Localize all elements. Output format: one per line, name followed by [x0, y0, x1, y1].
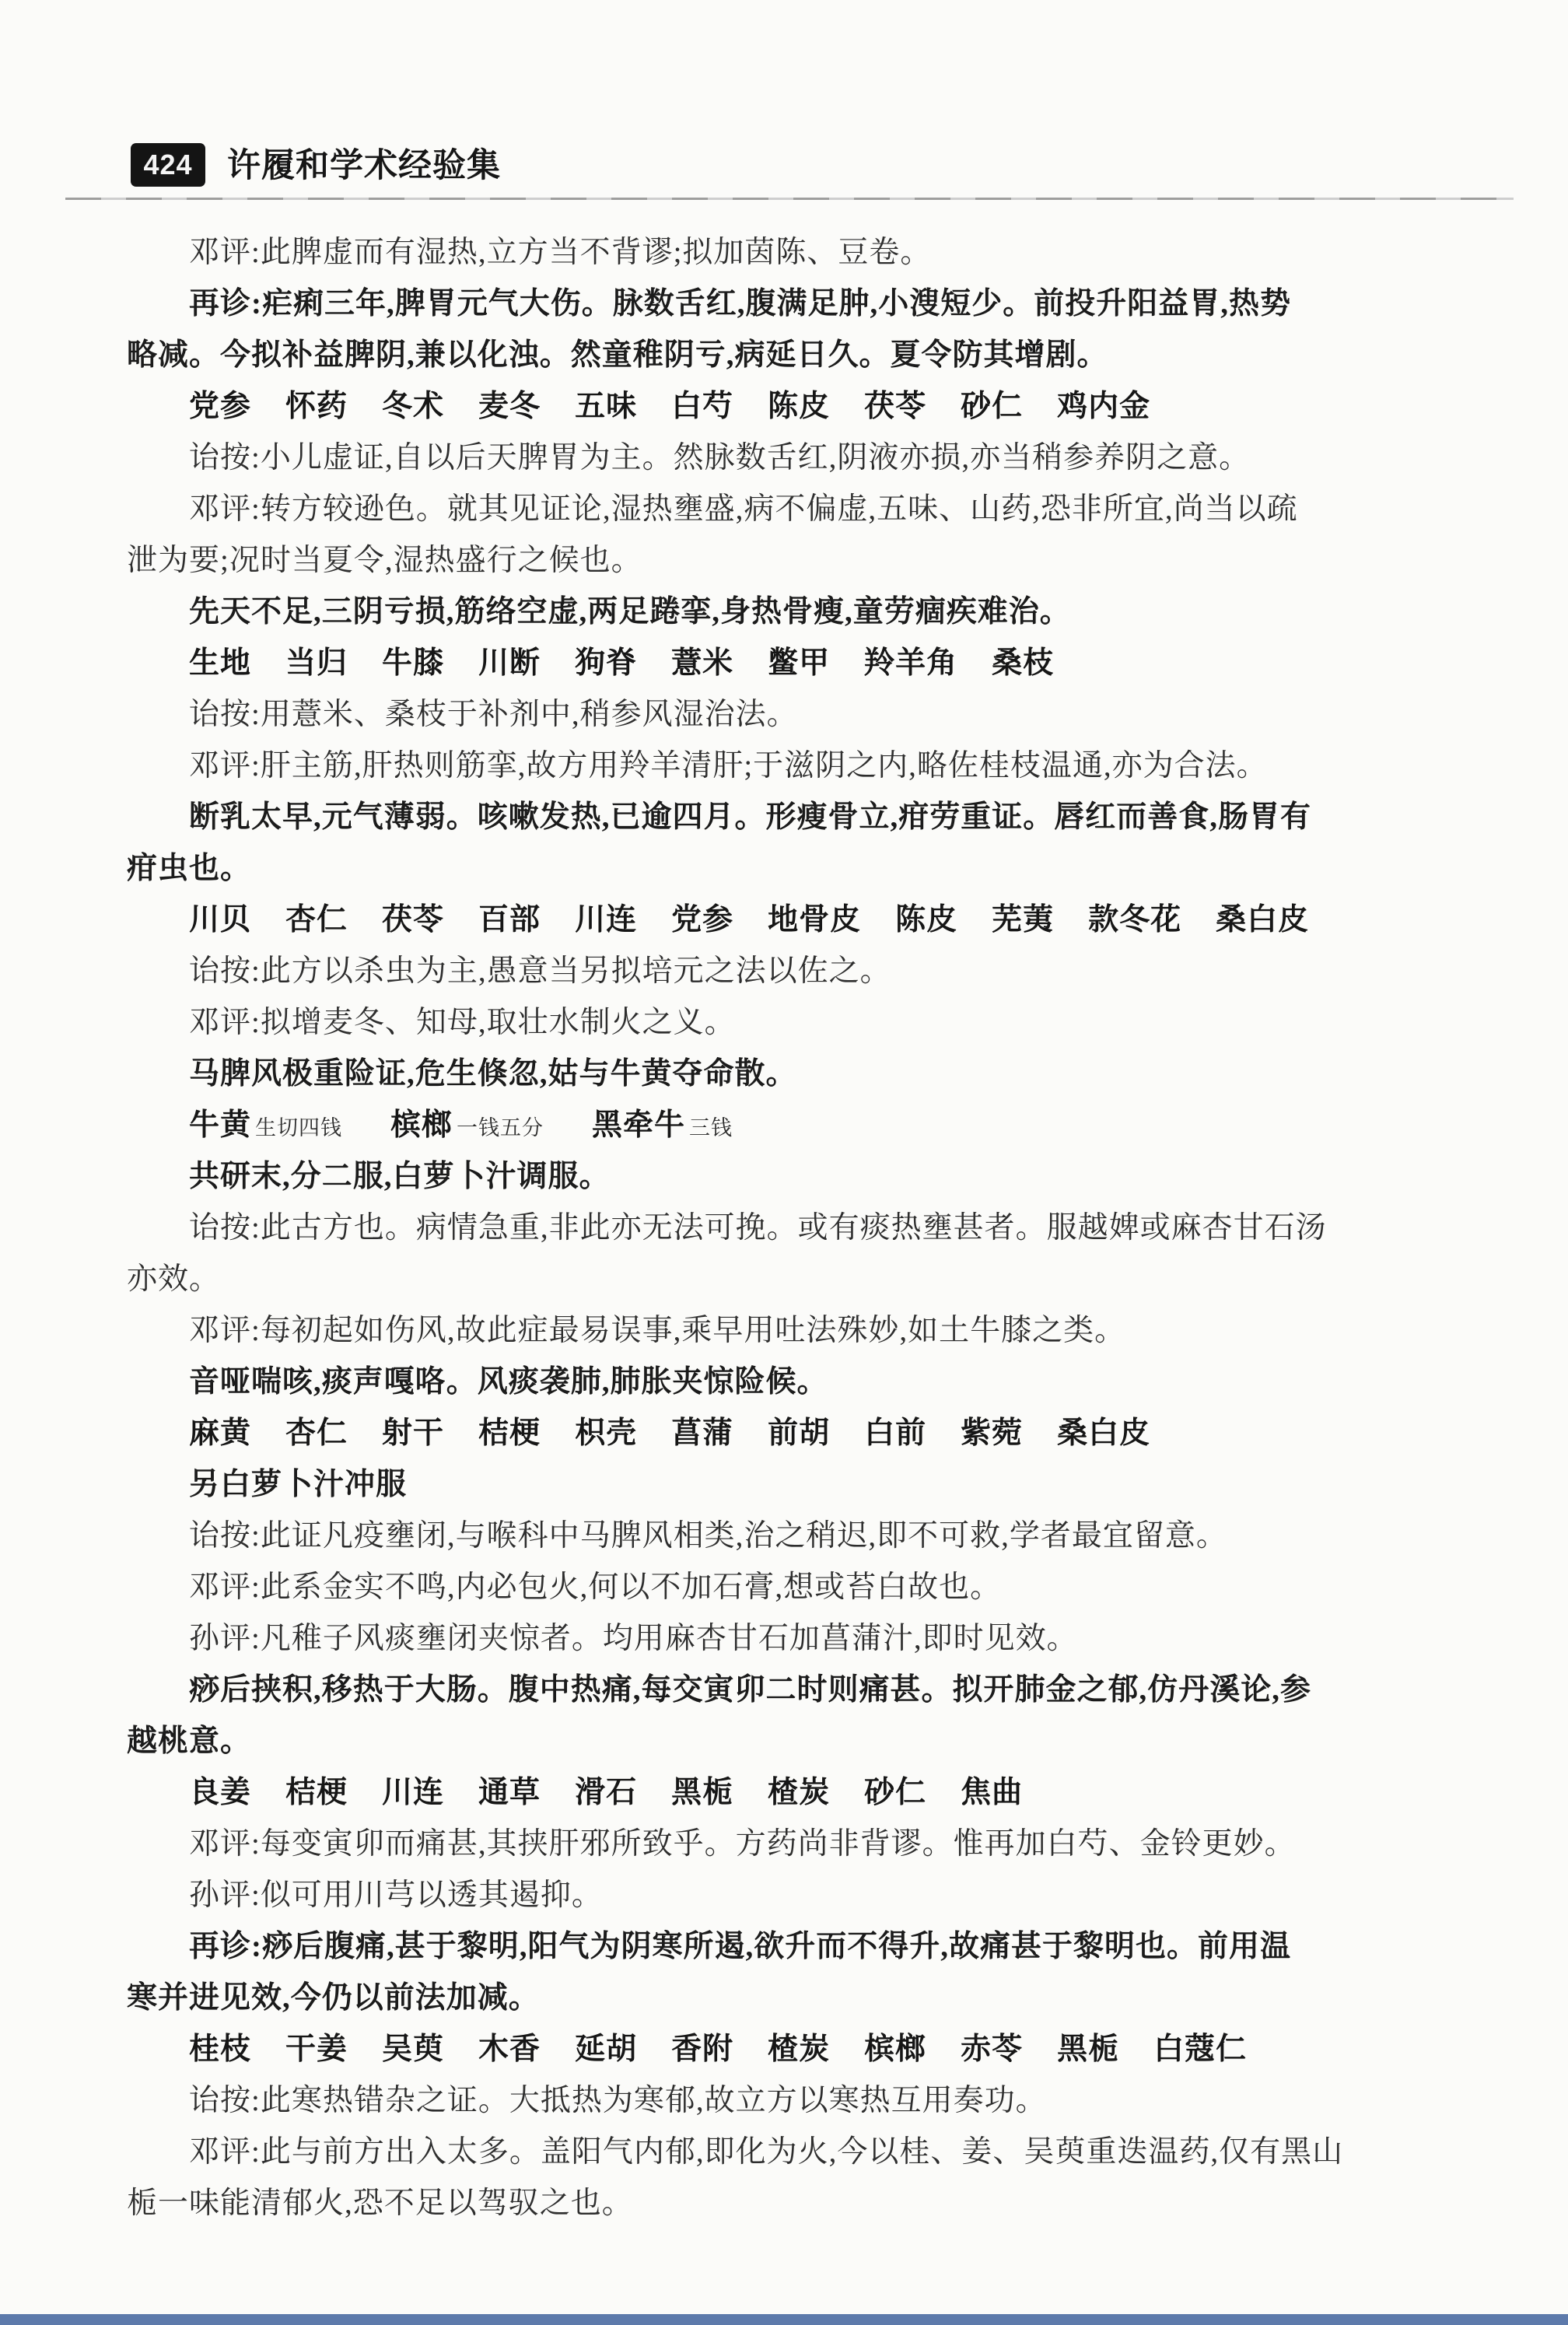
text-line: 邓评:每初起如伤风,故此症最易误事,乘早用吐法殊妙,如土牛膝之类。: [127, 1305, 1461, 1357]
drug-name: 滑石: [575, 1776, 637, 1809]
book-title: 许履和学术经验集: [227, 145, 501, 188]
drug-name: 生地: [189, 646, 251, 680]
drug-name: 鳖甲: [768, 646, 830, 680]
drug-name: 焦曲: [961, 1776, 1023, 1809]
drug-name: 党参: [671, 903, 733, 937]
drug-name: 良姜: [189, 1776, 251, 1809]
drug-name: 薏米: [671, 646, 733, 680]
drug-name: 狗脊: [575, 646, 637, 680]
drug-name: 陈皮: [768, 390, 830, 423]
text-line: 邓评:拟增麦冬、知母,取壮水制火之义。: [127, 997, 1461, 1049]
drug-name: 党参: [189, 390, 251, 423]
text-line: 疳虫也。: [127, 843, 1461, 895]
drug-name: 芜荑: [992, 903, 1054, 937]
text-line: 越桃意。: [127, 1716, 1461, 1767]
drug-name: 冬术: [382, 390, 444, 423]
rx-drug-name: 槟榔: [390, 1108, 453, 1142]
drug-name: 桂枝: [189, 2033, 251, 2066]
drug-name: 香附: [671, 2033, 733, 2066]
rx-dose: 三钱: [689, 1116, 733, 1140]
text-line: 另白萝卜汁冲服: [127, 1459, 1461, 1511]
drug-name: 紫菀: [961, 1416, 1023, 1450]
text-line: 先天不足,三阴亏损,筋络空虚,两足踡挛,身热骨瘦,童劳痼疾难治。: [127, 587, 1461, 638]
text-line: 生地当归牛膝川断狗脊薏米鳖甲羚羊角桑枝: [127, 638, 1461, 689]
rx-item: 槟榔一钱五分: [390, 1108, 544, 1142]
text-line: 栀一味能清郁火,恐不足以驾驭之也。: [127, 2178, 1461, 2229]
drug-name: 茯苓: [864, 390, 926, 423]
drug-name: 通草: [478, 1776, 541, 1809]
drug-name: 羚羊角: [864, 646, 957, 680]
drug-name: 射干: [382, 1416, 444, 1450]
drug-name: 黑栀: [671, 1776, 733, 1809]
text-line: 邓评:此与前方出入太多。盖阳气内郁,即化为火,今以桂、姜、吴萸重迭温药,仅有黑山: [127, 2127, 1461, 2178]
drug-name: 杏仁: [285, 903, 348, 937]
text-line: 桂枝干姜吴萸木香延胡香附楂炭槟榔赤苓黑栀白蔻仁: [127, 2024, 1461, 2075]
drug-name: 楂炭: [768, 1776, 830, 1809]
drug-name: 白蔻仁: [1153, 2033, 1247, 2066]
text-line: 略减。今拟补益脾阴,兼以化浊。然童稚阴亏,病延日久。夏令防其增剧。: [127, 330, 1461, 381]
rx-drug-name: 牛黄: [189, 1108, 251, 1142]
drug-name: 川贝: [189, 903, 251, 937]
drug-name: 木香: [478, 2033, 541, 2066]
text-line: 诒按:用薏米、桑枝于补剂中,稍参风湿治法。: [127, 689, 1461, 741]
text-line: 音哑喘咳,痰声嘎咯。风痰袭肺,肺胀夹惊险候。: [127, 1357, 1461, 1408]
text-line: 孙评:凡稚子风痰壅闭夹惊者。均用麻杏甘石加菖蒲汁,即时见效。: [127, 1613, 1461, 1665]
rx-drug-name: 黑牵牛: [592, 1108, 685, 1142]
drug-name: 白前: [864, 1416, 926, 1450]
text-line: 痧后挟积,移热于大肠。腹中热痛,每交寅卯二时则痛甚。拟开肺金之郁,仿丹溪论,参: [127, 1665, 1461, 1716]
drug-name: 延胡: [575, 2033, 637, 2066]
text-line: 邓评:此脾虚而有湿热,立方当不背谬;拟加茵陈、豆卷。: [127, 227, 1461, 278]
drug-name: 陈皮: [895, 903, 957, 937]
text-line: 断乳太早,元气薄弱。咳嗽发热,已逾四月。形瘦骨立,疳劳重证。唇红而善食,肠胃有: [127, 792, 1461, 843]
drug-name: 槟榔: [864, 2033, 926, 2066]
text-line: 共研末,分二服,白萝卜汁调服。: [127, 1151, 1461, 1203]
text-body: 邓评:此脾虚而有湿热,立方当不背谬;拟加茵陈、豆卷。再诊:疟痢三年,脾胃元气大伤…: [127, 227, 1461, 2229]
text-line: 川贝杏仁茯苓百部川连党参地骨皮陈皮芜荑款冬花桑白皮: [127, 895, 1461, 946]
drug-name: 黑栀: [1057, 2033, 1119, 2066]
scanned-book-page: 424 许履和学术经验集 邓评:此脾虚而有湿热,立方当不背谬;拟加茵陈、豆卷。再…: [0, 0, 1568, 2325]
drug-name: 枳壳: [575, 1416, 637, 1450]
drug-name: 砂仁: [961, 390, 1023, 423]
drug-name: 桑枝: [992, 646, 1054, 680]
text-line: 诒按:此证凡疫壅闭,与喉科中马脾风相类,治之稍迟,即不可救,学者最宜留意。: [127, 1511, 1461, 1562]
page-header: 424 许履和学术经验集: [0, 0, 1568, 202]
text-line: 再诊:痧后腹痛,甚于黎明,阳气为阴寒所遏,欲升而不得升,故痛甚于黎明也。前用温: [127, 1921, 1461, 1973]
drug-name: 当归: [285, 646, 348, 680]
text-line: 邓评:肝主筋,肝热则筋挛,故方用羚羊清肝;于滋阴之内,略佐桂枝温通,亦为合法。: [127, 741, 1461, 792]
rx-item: 黑牵牛三钱: [592, 1108, 733, 1142]
drug-name: 鸡内金: [1057, 390, 1150, 423]
text-line: 邓评:转方较逊色。就其见证论,湿热壅盛,病不偏虚,五味、山药,恐非所宜,尚当以疏: [127, 484, 1461, 535]
text-line: 诒按:此方以杀虫为主,愚意当另拟培元之法以佐之。: [127, 946, 1461, 997]
drug-name: 桔梗: [285, 1776, 348, 1809]
drug-name: 麦冬: [478, 390, 541, 423]
drug-name: 菖蒲: [671, 1416, 733, 1450]
rx-item: 牛黄生切四钱: [189, 1108, 342, 1142]
text-line: 诒按:此古方也。病情急重,非此亦无法可挽。或有痰热壅甚者。服越婢或麻杏甘石汤: [127, 1203, 1461, 1254]
rx-dose: 生切四钱: [255, 1116, 342, 1140]
text-line: 寒并进见效,今仍以前法加减。: [127, 1973, 1461, 2024]
text-line: 良姜桔梗川连通草滑石黑栀楂炭砂仁焦曲: [127, 1767, 1461, 1819]
text-line: 诒按:小儿虚证,自以后天脾胃为主。然脉数舌红,阴液亦损,亦当稍参养阴之意。: [127, 432, 1461, 484]
text-line: 麻黄杏仁射干桔梗枳壳菖蒲前胡白前紫菀桑白皮: [127, 1408, 1461, 1459]
drug-name: 百部: [478, 903, 541, 937]
drug-name: 川连: [575, 903, 637, 937]
drug-name: 麻黄: [189, 1416, 251, 1450]
text-line: 孙评:似可用川芎以透其遏抑。: [127, 1870, 1461, 1921]
rx-dose: 一钱五分: [457, 1116, 544, 1140]
drug-name: 砂仁: [864, 1776, 926, 1809]
header-rule: [65, 198, 1514, 200]
drug-name: 牛膝: [382, 646, 444, 680]
drug-name: 款冬花: [1088, 903, 1181, 937]
drug-name: 吴萸: [382, 2033, 444, 2066]
drug-name: 川断: [478, 646, 541, 680]
drug-name: 桔梗: [478, 1416, 541, 1450]
drug-name: 桑白皮: [1057, 1416, 1150, 1450]
drug-name: 干姜: [285, 2033, 348, 2066]
text-line: 党参怀药冬术麦冬五味白芍陈皮茯苓砂仁鸡内金: [127, 381, 1461, 432]
drug-name: 桑白皮: [1216, 903, 1309, 937]
text-line: 马脾风极重险证,危生倏忽,姑与牛黄夺命散。: [127, 1049, 1461, 1100]
drug-name: 前胡: [768, 1416, 830, 1450]
drug-name: 茯苓: [382, 903, 444, 937]
drug-name: 楂炭: [768, 2033, 830, 2066]
scan-edge-bar: [0, 2314, 1568, 2325]
drug-name: 杏仁: [285, 1416, 348, 1450]
drug-name: 五味: [575, 390, 637, 423]
text-line: 亦效。: [127, 1254, 1461, 1305]
text-line: 再诊:疟痢三年,脾胃元气大伤。脉数舌红,腹满足肿,小溲短少。前投升阳益胃,热势: [127, 278, 1461, 330]
drug-name: 地骨皮: [768, 903, 861, 937]
page-number-badge: 424: [131, 143, 205, 187]
text-line: 邓评:此系金实不鸣,内必包火,何以不加石膏,想或苔白故也。: [127, 1562, 1461, 1613]
drug-name: 赤苓: [961, 2033, 1023, 2066]
drug-name: 怀药: [285, 390, 348, 423]
text-line: 泄为要;况时当夏令,湿热盛行之候也。: [127, 535, 1461, 587]
drug-name: 川连: [382, 1776, 444, 1809]
drug-name: 白芍: [671, 390, 733, 423]
text-line: 邓评:每变寅卯而痛甚,其挟肝邪所致乎。方药尚非背谬。惟再加白芍、金铃更妙。: [127, 1819, 1461, 1870]
text-line: 牛黄生切四钱槟榔一钱五分黑牵牛三钱: [127, 1100, 1461, 1151]
text-line: 诒按:此寒热错杂之证。大抵热为寒郁,故立方以寒热互用奏功。: [127, 2075, 1461, 2127]
